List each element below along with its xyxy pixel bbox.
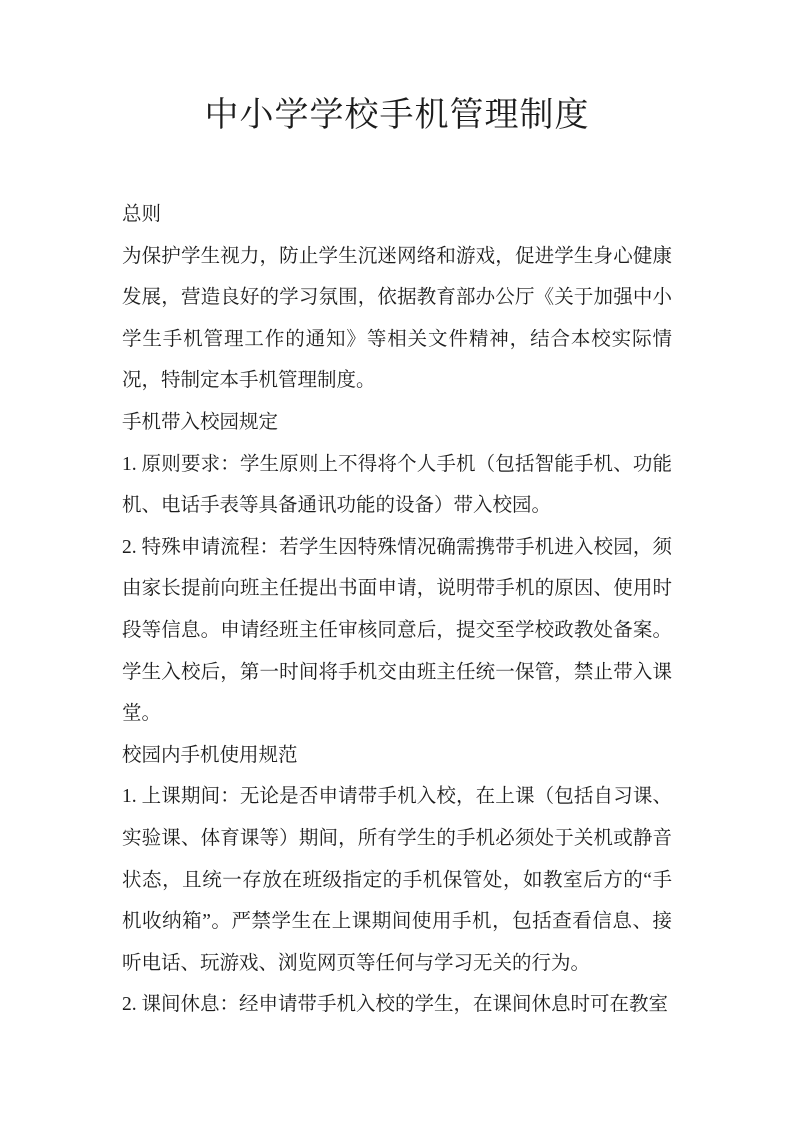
paragraph-class-time-rules: 1. 上课期间：无论是否申请带手机入校，在上课（包括自习课、实验课、体育课等）期… (122, 776, 672, 984)
document-body: 总则 为保护学生视力，防止学生沉迷网络和游戏，促进学生身心健康发展，营造良好的学… (122, 194, 672, 1026)
paragraph-special-application-process: 2. 特殊申请流程：若学生因特殊情况确需携带手机进入校园，须由家长提前向班主任提… (122, 527, 672, 735)
document-page: 中小学学校手机管理制度 总则 为保护学生视力，防止学生沉迷网络和游戏，促进学生身… (0, 0, 793, 1122)
paragraph-break-time-rules: 2. 课间休息：经申请带手机入校的学生，在课间休息时可在教室 (122, 984, 672, 1026)
section-heading-phone-entry-rules: 手机带入校园规定 (122, 402, 672, 444)
document-title: 中小学学校手机管理制度 (122, 88, 672, 144)
paragraph-principle-requirement: 1. 原则要求：学生原则上不得将个人手机（包括智能手机、功能机、电话手表等具备通… (122, 444, 672, 527)
section-heading-general-principles: 总则 (122, 194, 672, 236)
section-heading-campus-usage-rules: 校园内手机使用规范 (122, 735, 672, 777)
paragraph-general-principles: 为保护学生视力，防止学生沉迷网络和游戏，促进学生身心健康发展，营造良好的学习氛围… (122, 236, 672, 402)
